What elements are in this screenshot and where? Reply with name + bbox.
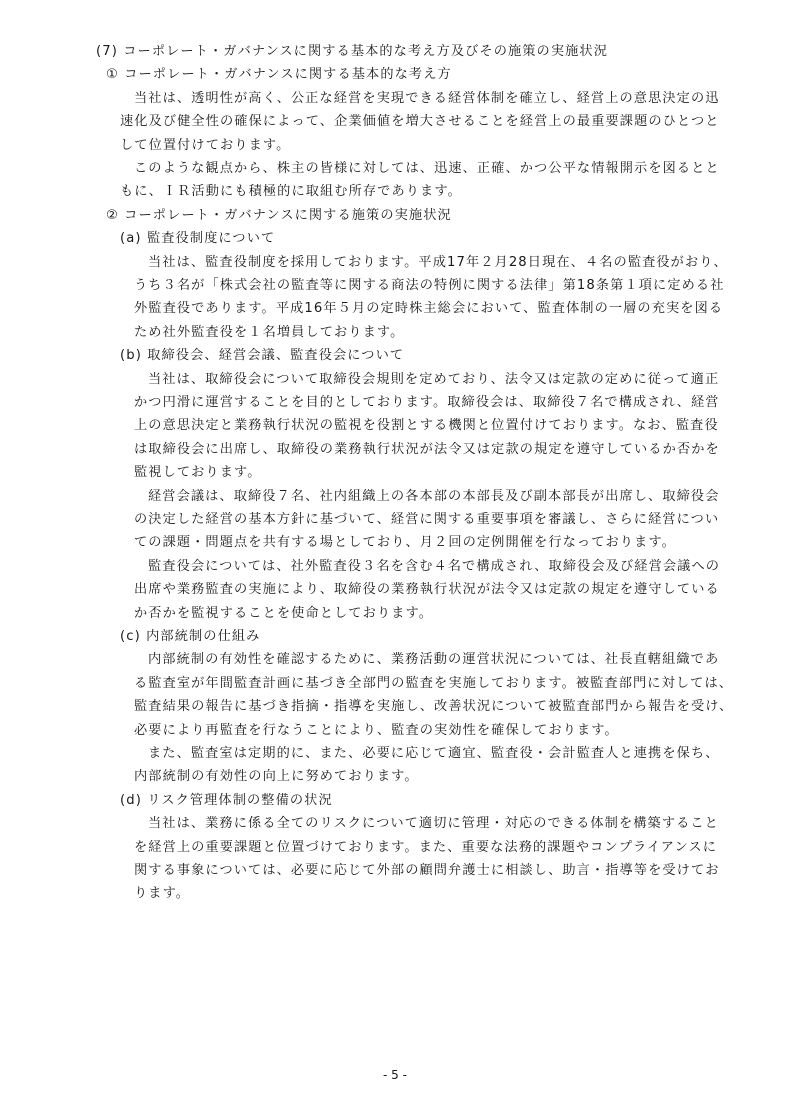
paragraph-line: 速化及び健全性の確保によって、企業価値を増大させることを経営上の最重要課題のひと… xyxy=(120,110,720,133)
paragraph-line: 上の意思決定と業務執行状況の監視を役割とする機関と位置付けております。なお、監査… xyxy=(134,414,719,437)
paragraph-line: 内部統制の有効性を確認するために、業務活動の運営状況については、社長直轄組織であ xyxy=(148,648,719,671)
paragraph-line: 監査役会については、社外監査役３名を含む４名で構成され、取締役会及び経営会議への xyxy=(148,555,720,578)
paragraph-line: ります。 xyxy=(134,882,190,905)
item-heading-a: (a) 監査役制度について xyxy=(120,227,275,250)
page-number: - 5 - xyxy=(0,1068,790,1082)
subsection-heading-1: ① コーポレート・ガバナンスに関する基本的な考え方 xyxy=(106,63,452,86)
paragraph-line: ての課題・問題点を共有する場としており、月２回の定例開催を行なっております。 xyxy=(134,531,676,554)
paragraph-line: 監査結果の報告に基づき指摘・指導を実施し、改善状況について被監査部門から報告を受… xyxy=(134,695,733,718)
paragraph-line: 監視しております。 xyxy=(134,461,262,484)
paragraph-line: 外監査役であります。平成16年５月の定時株主総会において、監査体制の一層の充実を… xyxy=(134,297,723,320)
paragraph-line: 当社は、透明性が高く、公正な経営を実現できる経営体制を確立し、経営上の意思決定の… xyxy=(134,87,720,110)
paragraph-line: また、監査室は定期的に、また、必要に応じて適宜、監査役・会計監査人と連携を保ち、 xyxy=(148,742,720,765)
paragraph-line: 必要により再監査を行なうことにより、監査の実効性を確保しております。 xyxy=(134,719,619,742)
paragraph-line: を経営上の重要課題と位置づけております。また、重要な法務的課題やコンプライアンス… xyxy=(134,836,717,859)
paragraph-line: の決定した経営の基本方針に基づいて、経営に関する重要事項を審議し、さらに経営につ… xyxy=(134,508,719,531)
paragraph-line: 当社は、監査役制度を採用しております。平成17年２月28日現在、４名の監査役がお… xyxy=(148,251,728,274)
paragraph-line: このような観点から、株主の皆様に対しては、迅速、正確、かつ公平な情報開示を図ると… xyxy=(134,157,720,180)
paragraph-line: して位置付けております。 xyxy=(120,134,290,157)
paragraph-line: は取締役会に出席し、取締役の業務執行状況が法令又は定款の規定を遵守しているか否か… xyxy=(134,438,720,461)
section-heading: (7) コーポレート・ガバナンスに関する基本的な考え方及びその施策の実施状況 xyxy=(96,40,608,63)
paragraph-line: かつ円滑に運営することを目的としております。取締役会は、取締役７名で構成され、経… xyxy=(134,391,720,414)
item-heading-b: (b) 取締役会、経営会議、監査役会について xyxy=(120,344,404,367)
paragraph-line: 当社は、業務に係る全てのリスクについて適切に管理・対応のできる体制を構築すること xyxy=(148,812,719,835)
paragraph-line: 当社は、取締役会について取締役会規則を定めており、法令又は定款の定めに従って適正 xyxy=(148,368,719,391)
subsection-heading-2: ② コーポレート・ガバナンスに関する施策の実施状況 xyxy=(106,204,452,227)
item-heading-d: (d) リスク管理体制の整備の状況 xyxy=(120,789,333,812)
paragraph-line: か否かを監視することを使命としております。 xyxy=(134,602,433,625)
paragraph-line: もに、ＩＲ活動にも積極的に取組む所存であります。 xyxy=(120,180,462,203)
paragraph-line: る監査室が年間監査計画に基づき全部門の監査を実施しております。被監査部門に対して… xyxy=(134,672,733,695)
paragraph-line: 関する事象については、必要に応じて外部の顧問弁護士に相談し、助言・指導等を受けて… xyxy=(134,859,720,882)
paragraph-line: ため社外監査役を１名増員しております。 xyxy=(134,321,404,344)
paragraph-line: うち３名が「株式会社の監査等に関する商法の特例に関する法律」第18条第１項に定め… xyxy=(134,274,724,297)
paragraph-line: 経営会議は、取締役７名、社内組織上の各本部の本部長及び副本部長が出席し、取締役会 xyxy=(148,485,720,508)
paragraph-line: 出席や業務監査の実施により、取締役の業務執行状況が法令又は定款の規定を遵守してい… xyxy=(134,578,720,601)
item-heading-c: (c) 内部統制の仕組み xyxy=(120,625,260,648)
paragraph-line: 内部統制の有効性の向上に努めております。 xyxy=(134,765,419,788)
